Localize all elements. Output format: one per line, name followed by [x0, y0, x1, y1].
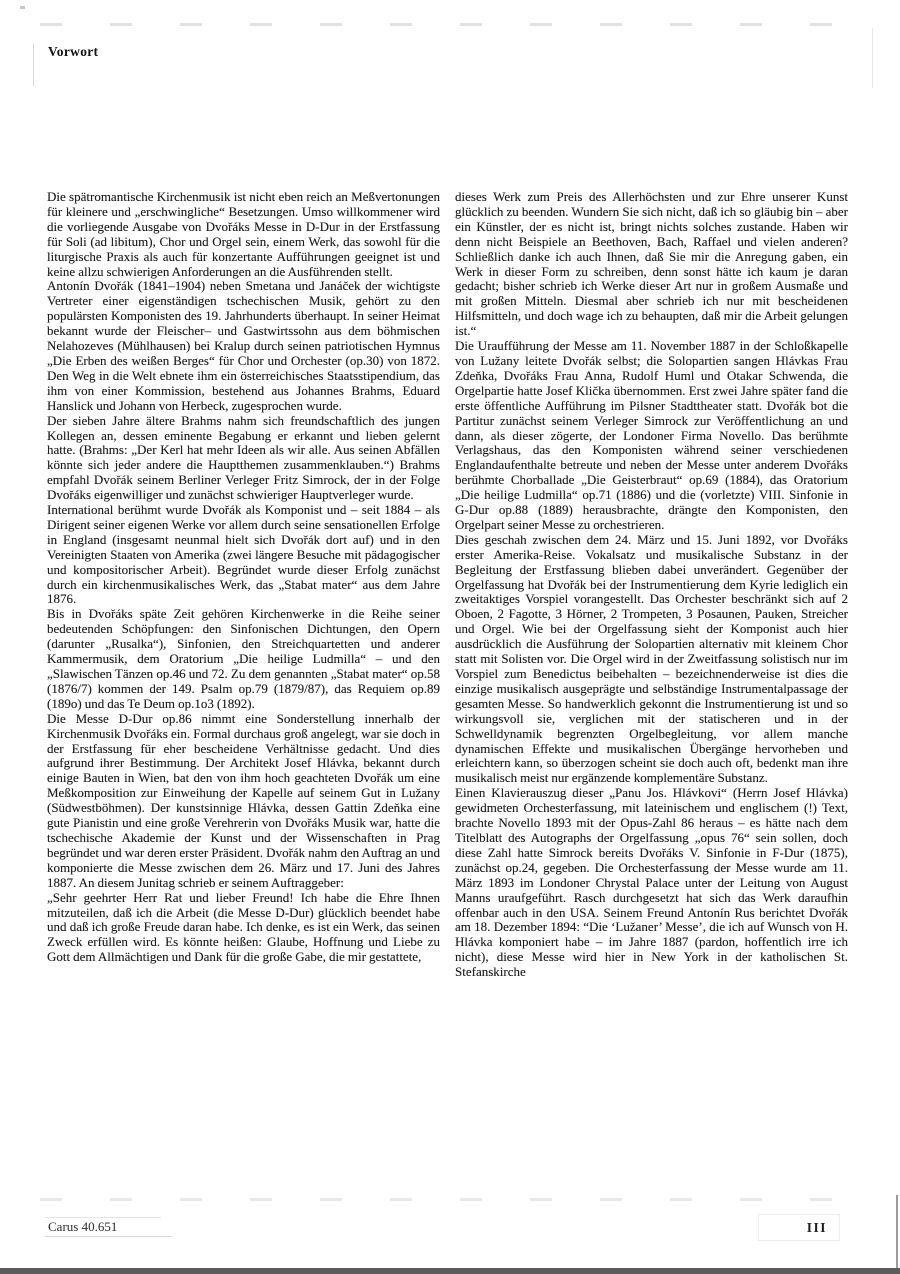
- scan-right-edge-line: [896, 1195, 898, 1274]
- paragraph-left-5: Bis in Dvořáks späte Zeit gehören Kirche…: [47, 607, 440, 711]
- paragraph-right-2: Die Uraufführung der Messe am 11. Novemb…: [455, 339, 848, 533]
- scan-dash-row-bottom: [40, 1198, 875, 1201]
- scan-dash-row-top: [40, 23, 875, 26]
- paragraph-right-3: Dies geschah zwischen dem 24. März und 1…: [455, 533, 848, 786]
- paragraph-left-7: „Sehr geehrter Herr Rat und lieber Freun…: [47, 891, 440, 966]
- right-column: dieses Werk zum Preis des Allerhöchsten …: [455, 190, 848, 980]
- paragraph-left-6: Die Messe D-Dur op.86 nimmt eine Sonders…: [47, 712, 440, 891]
- paragraph-left-2: Antonín Dvořák (1841–1904) neben Smetana…: [47, 279, 440, 413]
- scan-edge-tick: [33, 44, 34, 86]
- page-number: III: [807, 1220, 839, 1236]
- scan-right-faint-line: [872, 28, 873, 88]
- paragraph-right-4: Einen Klavierauszug dieser „Panu Jos. Hl…: [455, 786, 848, 980]
- paragraph-left-1: Die spätromantische Kirchenmusik ist nic…: [47, 190, 440, 279]
- scanned-preface-page: Vorwort Die spätromantische Kirchenmusik…: [0, 0, 900, 1274]
- page-title: Vorwort: [48, 44, 98, 60]
- scan-speck: [20, 6, 25, 9]
- scan-footer-line-above: [45, 1217, 161, 1218]
- paragraph-left-4: International berühmt wurde Dvořák als K…: [47, 503, 440, 607]
- page-number-box: III: [758, 1214, 840, 1241]
- paragraph-right-1: dieses Werk zum Preis des Allerhöchsten …: [455, 190, 848, 339]
- edition-number: Carus 40.651: [48, 1219, 117, 1235]
- text-columns: Die spätromantische Kirchenmusik ist nic…: [47, 190, 848, 980]
- scan-bottom-bar: [0, 1268, 900, 1274]
- scan-footer-line-below: [45, 1236, 173, 1237]
- left-column: Die spätromantische Kirchenmusik ist nic…: [47, 190, 440, 980]
- paragraph-left-3: Der sieben Jahre ältere Brahms nahm sich…: [47, 414, 440, 503]
